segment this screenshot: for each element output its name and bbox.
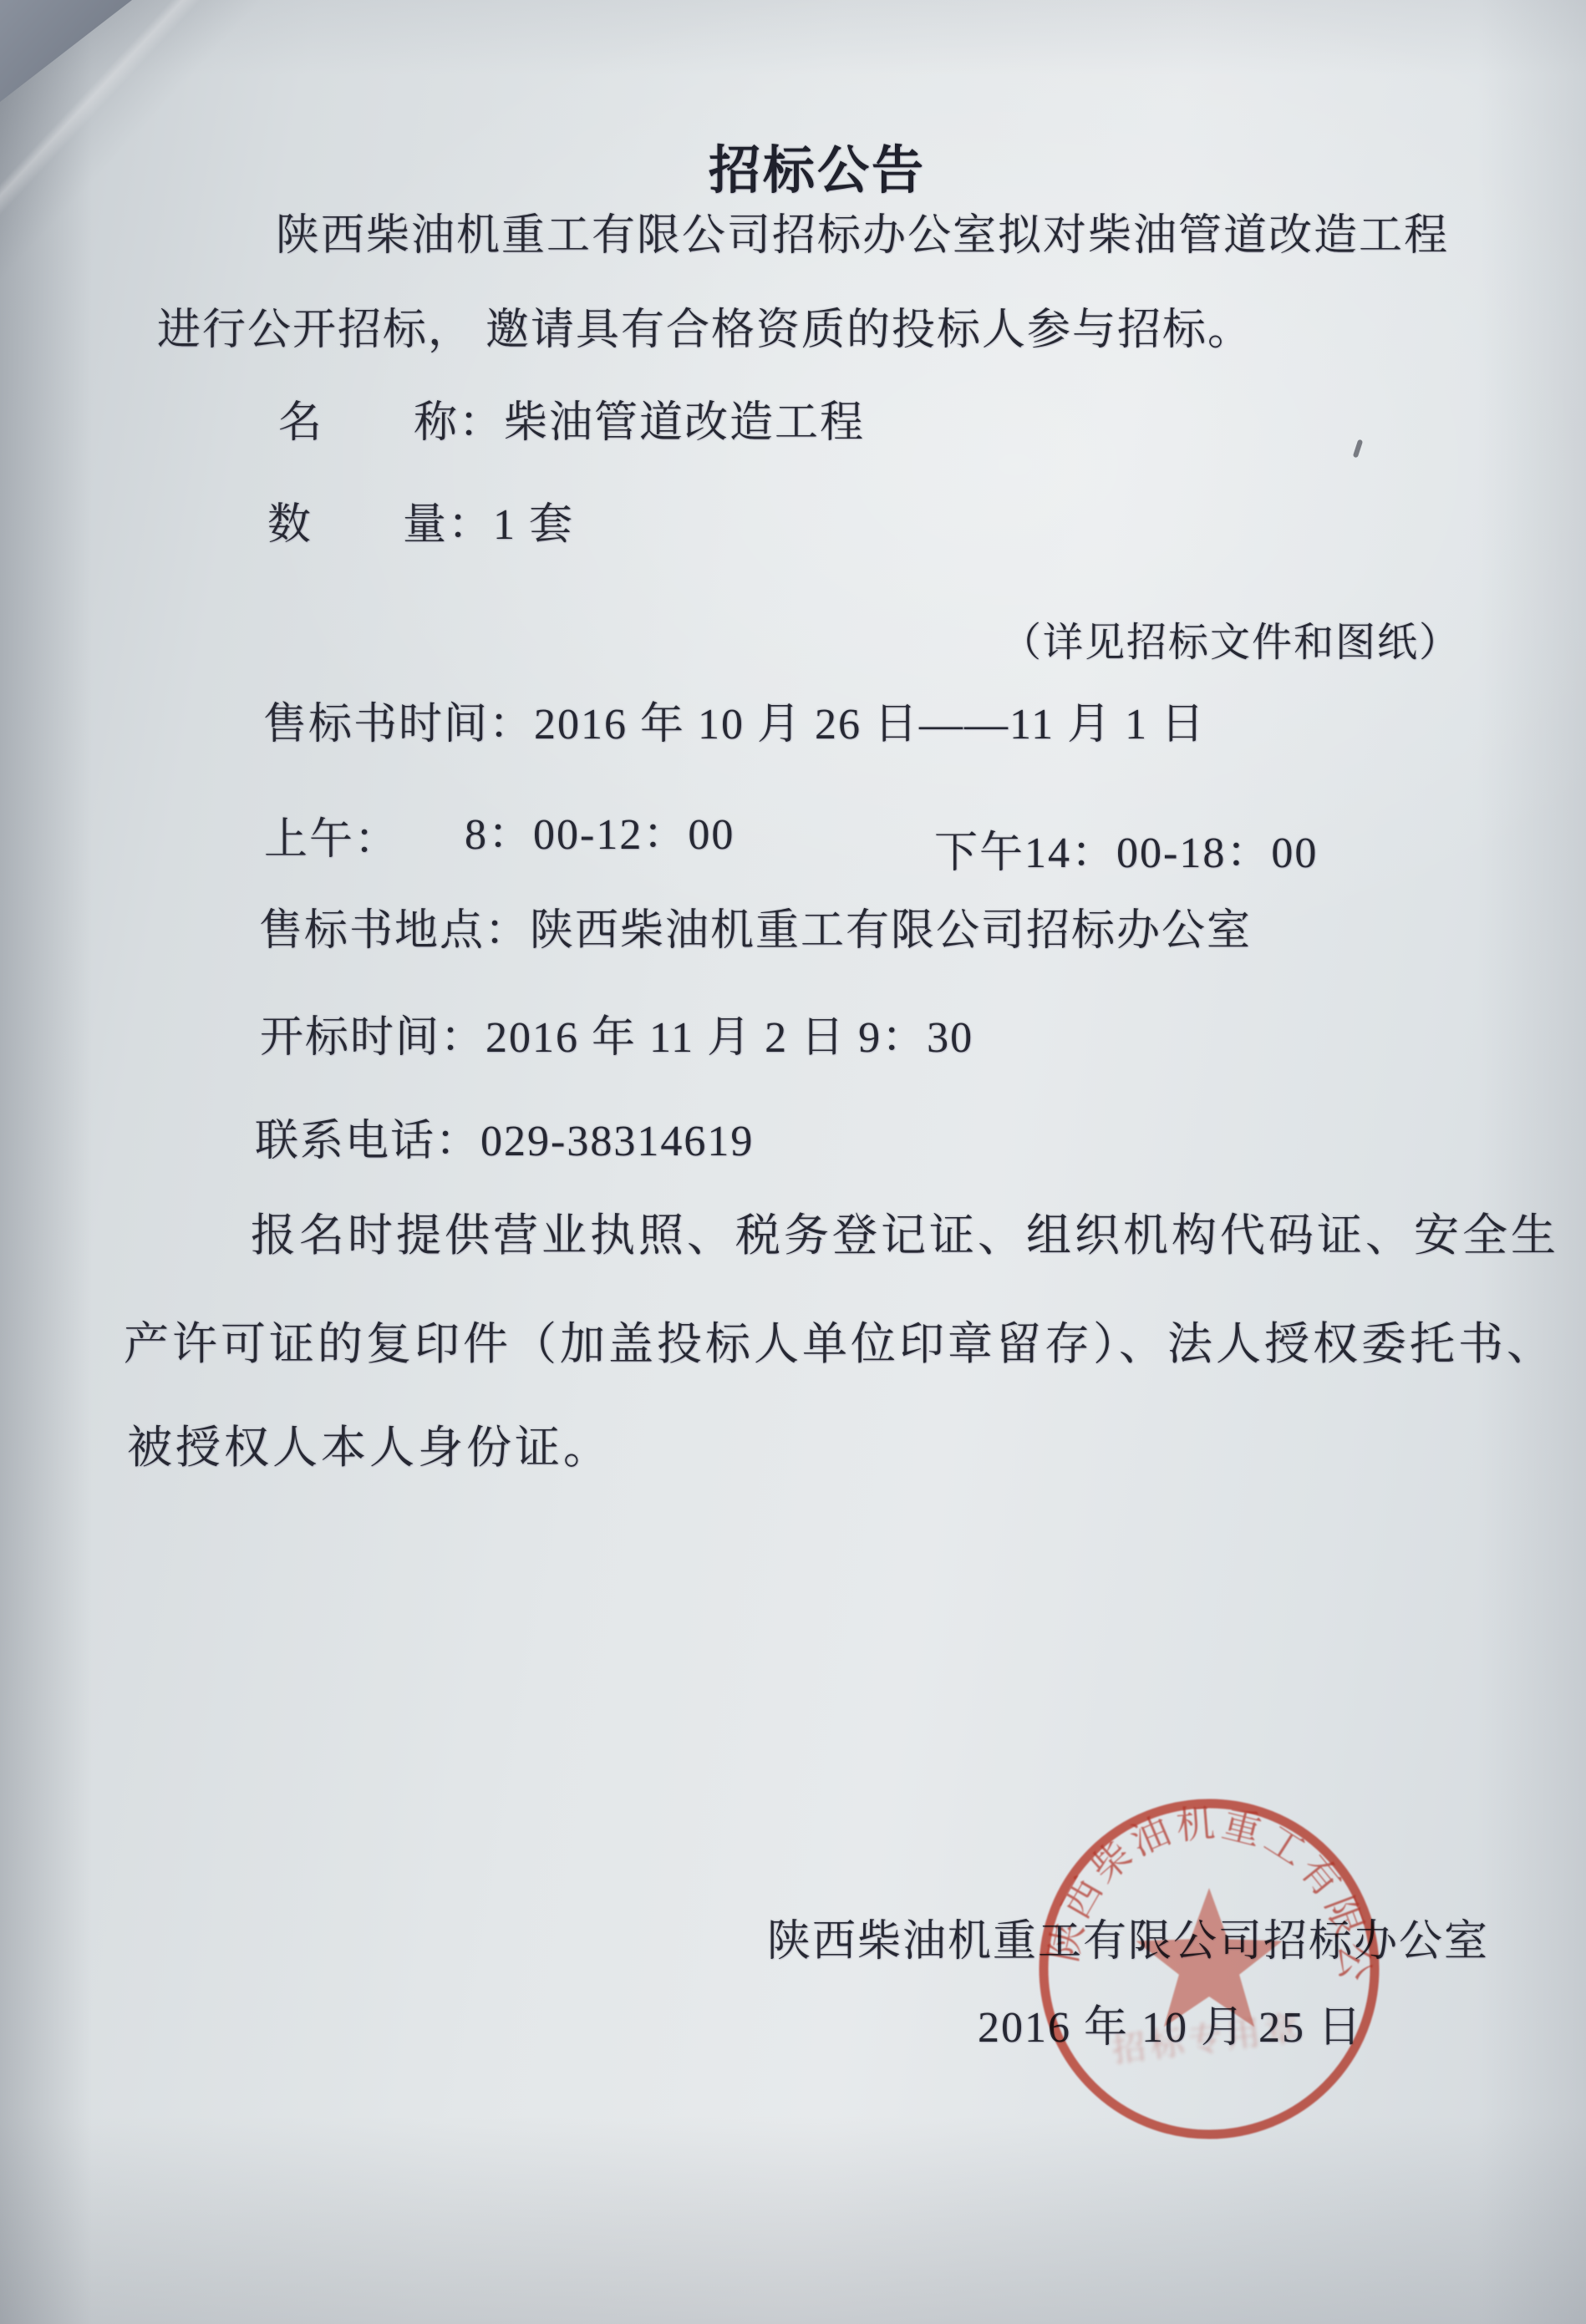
morning-label: 上午： xyxy=(264,815,399,865)
field-project-name: 名 称：柴油管道改造工程 xyxy=(278,398,865,449)
ink-speck xyxy=(1353,439,1364,459)
stamp-sub-text: 招标专用章 xyxy=(1110,2008,1305,2069)
sale-place-line: 售标书地点：陕西柴油机重工有限公司招标办公室 xyxy=(259,906,1252,956)
stamp-star-icon xyxy=(1136,1888,1283,2027)
intro-line-1: 陕西柴油机重工有限公司招标办公室拟对柴油管道改造工程 xyxy=(276,211,1449,261)
sale-time-line: 售标书时间：2016 年 10 月 26 日——11 月 1 日 xyxy=(263,700,1206,750)
requirement-line-2: 产许可证的复印件（加盖投标人单位印章留存）、法人授权委托书、 xyxy=(124,1318,1555,1370)
page-title: 招标公告 xyxy=(709,142,926,201)
field-quantity: 数 量：1 套 xyxy=(267,500,574,551)
note-see-documents: （详见招标文件和图纸） xyxy=(1001,620,1461,666)
phone-line: 联系电话：029-38314619 xyxy=(255,1117,754,1167)
requirement-line-1: 报名时提供营业执照、税务登记证、组织机构代码证、安全生 xyxy=(251,1210,1559,1261)
paper-sheet: 招标公告 陕西柴油机重工有限公司招标办公室拟对柴油管道改造工程 进行公开招标， … xyxy=(0,0,1586,2324)
requirement-line-3: 被授权人本人身份证。 xyxy=(127,1422,612,1474)
official-stamp: 陕西柴油机重工有限公司 招标专用章 xyxy=(1013,1773,1406,2165)
document-photo: 招标公告 陕西柴油机重工有限公司招标办公室拟对柴油管道改造工程 进行公开招标， … xyxy=(0,0,1586,2324)
open-time-line: 开标时间：2016 年 11 月 2 日 9：30 xyxy=(260,1013,973,1063)
afternoon-hours: 下午14：00-18：00 xyxy=(934,829,1318,879)
morning-hours: 8：00-12：00 xyxy=(465,810,735,860)
intro-line-2: 进行公开招标， 邀请具有合格资质的投标人参与招标。 xyxy=(157,306,1253,356)
